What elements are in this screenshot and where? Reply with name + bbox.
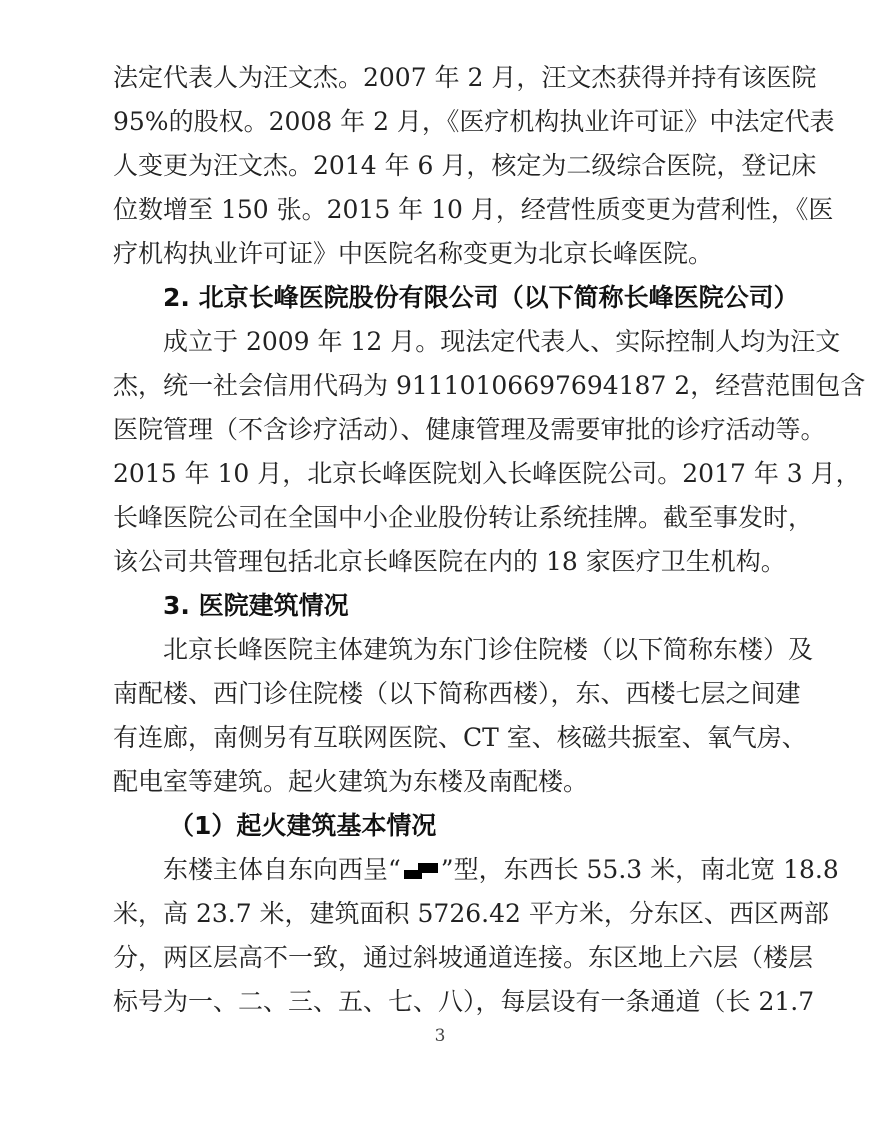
text-line: 南配楼、西门诊住院楼（以下简称西楼），东、西楼七层之间建 bbox=[113, 672, 773, 716]
paragraph-fire-building: 东楼主体自东向西呈“”型，东西长 55.3 米，南北宽 18.8 米，高 23.… bbox=[113, 848, 773, 1024]
subsection-heading-fire-building: （1）起火建筑基本情况 bbox=[113, 804, 773, 848]
text-segment: ”型，东西长 55.3 米，南北宽 18.8 bbox=[441, 855, 839, 884]
text-line: 米，高 23.7 米，建筑面积 5726.42 平方米，分东区、西区两部 bbox=[113, 892, 773, 936]
text-line: 疗机构执业许可证》中医院名称变更为北京长峰医院。 bbox=[113, 232, 773, 276]
text-line: 杰，统一社会信用代码为 91110106697694187 2，经营范围包含 bbox=[113, 364, 773, 408]
text-segment: 东楼主体自东向西呈“ bbox=[163, 855, 401, 884]
text-line: 分，两区层高不一致，通过斜坡通道连接。东区地上六层（楼层 bbox=[113, 936, 773, 980]
text-line: 有连廊，南侧另有互联网医院、CT 室、核磁共振室、氧气房、 bbox=[113, 716, 773, 760]
document-page: 法定代表人为汪文杰。2007 年 2 月，汪文杰获得并持有该医院 95%的股权。… bbox=[113, 56, 773, 1024]
text-line: 95%的股权。2008 年 2 月，《医疗机构执业许可证》中法定代表 bbox=[113, 100, 773, 144]
text-line: 东楼主体自东向西呈“”型，东西长 55.3 米，南北宽 18.8 bbox=[113, 848, 773, 892]
page-number: 3 bbox=[0, 1026, 880, 1046]
text-line: 人变更为汪文杰。2014 年 6 月，核定为二级综合医院，登记床 bbox=[113, 144, 773, 188]
section-heading-company: 2. 北京长峰医院股份有限公司（以下简称长峰医院公司） bbox=[113, 276, 773, 320]
paragraph-buildings: 北京长峰医院主体建筑为东门诊住院楼（以下简称东楼）及 南配楼、西门诊住院楼（以下… bbox=[113, 628, 773, 804]
text-line: 长峰医院公司在全国中小企业股份转让系统挂牌。截至事发时， bbox=[113, 496, 773, 540]
text-line: 医院管理（不含诊疗活动）、健康管理及需要审批的诊疗活动等。 bbox=[113, 408, 773, 452]
section-heading-buildings: 3. 医院建筑情况 bbox=[113, 584, 773, 628]
text-line: 成立于 2009 年 12 月。现法定代表人、实际控制人均为汪文 bbox=[113, 320, 773, 364]
text-line: 法定代表人为汪文杰。2007 年 2 月，汪文杰获得并持有该医院 bbox=[113, 56, 773, 100]
paragraph-hospital-history: 法定代表人为汪文杰。2007 年 2 月，汪文杰获得并持有该医院 95%的股权。… bbox=[113, 56, 773, 276]
text-line: 标号为一、二、三、五、七、八），每层设有一条通道（长 21.7 bbox=[113, 980, 773, 1024]
text-line: 位数增至 150 张。2015 年 10 月，经营性质变更为营利性，《医 bbox=[113, 188, 773, 232]
text-line: 该公司共管理包括北京长峰医院在内的 18 家医疗卫生机构。 bbox=[113, 540, 773, 584]
stepped-z-shape-icon bbox=[402, 863, 440, 879]
text-line: 配电室等建筑。起火建筑为东楼及南配楼。 bbox=[113, 760, 773, 804]
paragraph-company-info: 成立于 2009 年 12 月。现法定代表人、实际控制人均为汪文 杰，统一社会信… bbox=[113, 320, 773, 584]
text-line: 北京长峰医院主体建筑为东门诊住院楼（以下简称东楼）及 bbox=[113, 628, 773, 672]
text-line: 2015 年 10 月，北京长峰医院划入长峰医院公司。2017 年 3 月， bbox=[113, 452, 773, 496]
